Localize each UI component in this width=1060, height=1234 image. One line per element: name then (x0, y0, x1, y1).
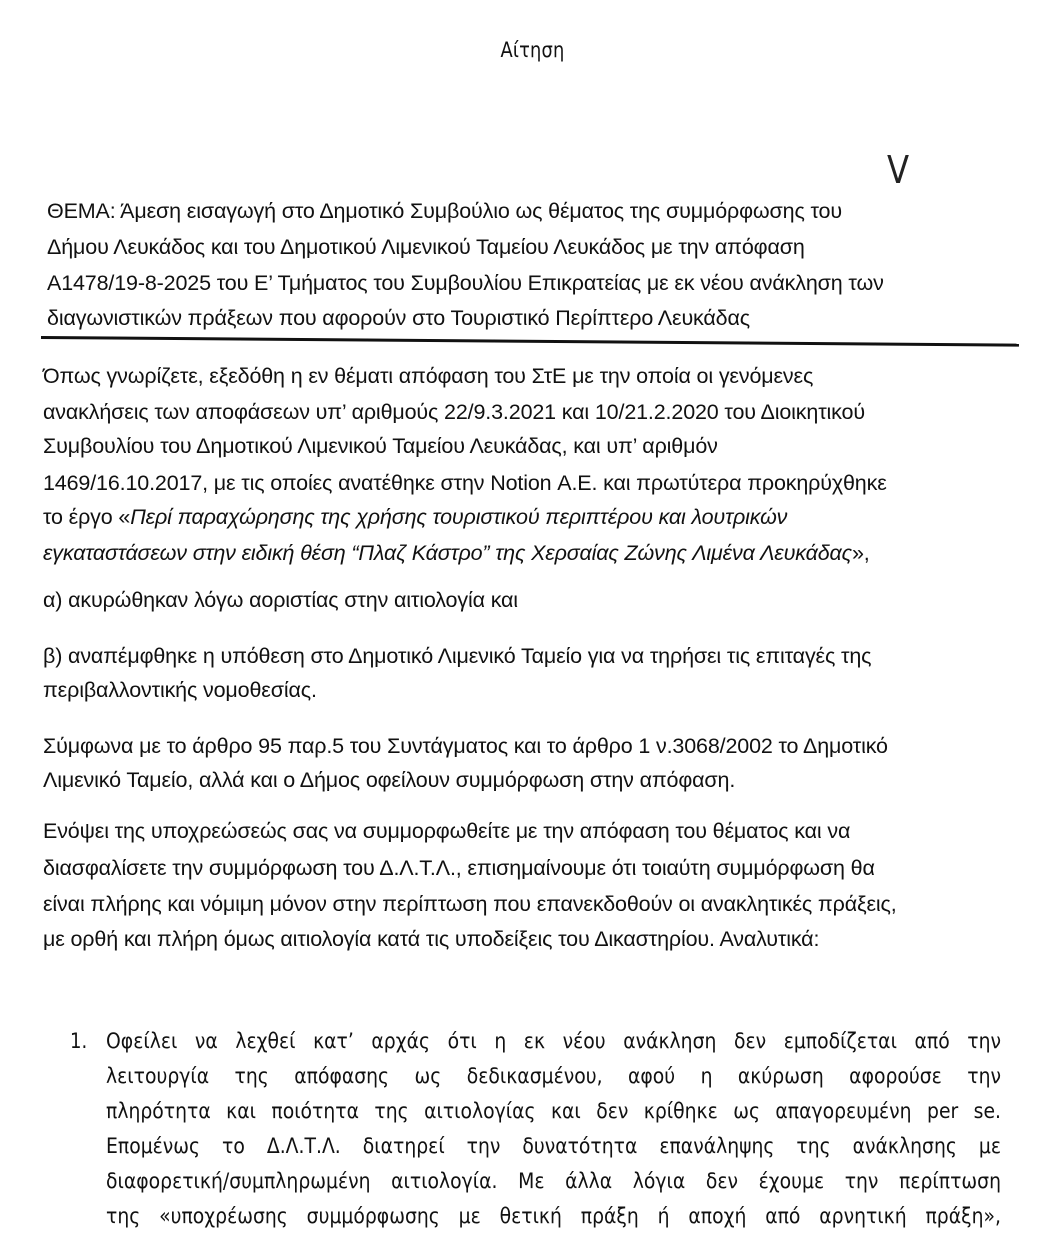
paragraph-line: είναι πλήρης και νόμιμη μόνον στην περίπ… (43, 892, 897, 917)
item-line: λειτουργία της απόφασης ως δεδικασμένου,… (106, 1064, 1001, 1088)
paragraph-line: με ορθή και πλήρη όμως αιτιολογία κατά τ… (43, 927, 819, 952)
item-line: της «υποχρέωσης συμμόρφωσης με θετική πρ… (106, 1204, 1001, 1228)
paragraph-line: το έργο «Περί παραχώρησης της χρήσης του… (43, 505, 787, 530)
paragraph-line: διασφαλίσετε την συμμόρφωση του Δ.Λ.Τ.Λ.… (43, 856, 875, 881)
paragraph-line: Λιμενικό Ταμείο, αλλά και ο Δήμος οφείλο… (43, 768, 735, 793)
subject-divider (41, 336, 1019, 347)
paragraph-line: Σύμφωνα με το άρθρο 95 παρ.5 του Συντάγμ… (43, 734, 888, 759)
paragraph-line: ανακλήσεις των αποφάσεων υπ’ αριθμούς 22… (43, 400, 865, 425)
subject-line: διαγωνιστικών πράξεων που αφορούν στο Το… (47, 306, 750, 331)
point-b-line: β) αναπέμφθηκε η υπόθεση στο Δημοτικό Λι… (43, 644, 871, 669)
paragraph-line: Συμβουλίου του Δημοτικού Λιμενικού Ταμεί… (43, 434, 718, 459)
item-line: Επομένως το Δ.Λ.Τ.Λ. διατηρεί την δυνατό… (106, 1134, 1001, 1158)
item-line: Οφείλει να λεχθεί κατ’ αρχάς ότι η εκ νέ… (106, 1029, 1001, 1053)
item-line: πληρότητα και ποιότητα της αιτιολογίας κ… (106, 1099, 1001, 1123)
project-title-part2: εγκαταστάσεων στην ειδική θέση “Πλαζ Κάσ… (43, 541, 852, 565)
margin-checkmark: V (887, 148, 909, 192)
item-number: 1. (70, 1029, 87, 1053)
paragraph-line: 1469/16.10.2017, με τις οποίες ανατέθηκε… (43, 471, 887, 496)
paragraph-line: Ενόψει της υποχρεώσεώς σας να συμμορφωθε… (43, 819, 850, 844)
point-a: α) ακυρώθηκαν λόγω αοριστίας στην αιτιολ… (43, 588, 518, 613)
project-prefix: το έργο « (43, 505, 130, 529)
item-line: διαφορετική/συμπληρωμένη αιτιολογία. Με … (106, 1169, 1001, 1193)
document-title: Αίτηση (80, 38, 985, 62)
subject-line: Δήμου Λευκάδος και του Δημοτικού Λιμενικ… (47, 235, 805, 260)
project-suffix: », (852, 541, 870, 565)
paragraph-line: Όπως γνωρίζετε, εξεδόθη η εν θέματι απόφ… (43, 364, 813, 389)
point-b-line: περιβαλλοντικής νομοθεσίας. (43, 678, 317, 703)
subject-line: ΘΕΜΑ: Άμεση εισαγωγή στο Δημοτικό Συμβού… (47, 199, 842, 224)
subject-line: Α1478/19-8-2025 του Ε’ Τμήματος του Συμβ… (47, 271, 884, 296)
project-title-part1: Περί παραχώρησης της χρήσης τουριστικού … (130, 505, 787, 529)
paragraph-line: εγκαταστάσεων στην ειδική θέση “Πλαζ Κάσ… (43, 541, 870, 566)
